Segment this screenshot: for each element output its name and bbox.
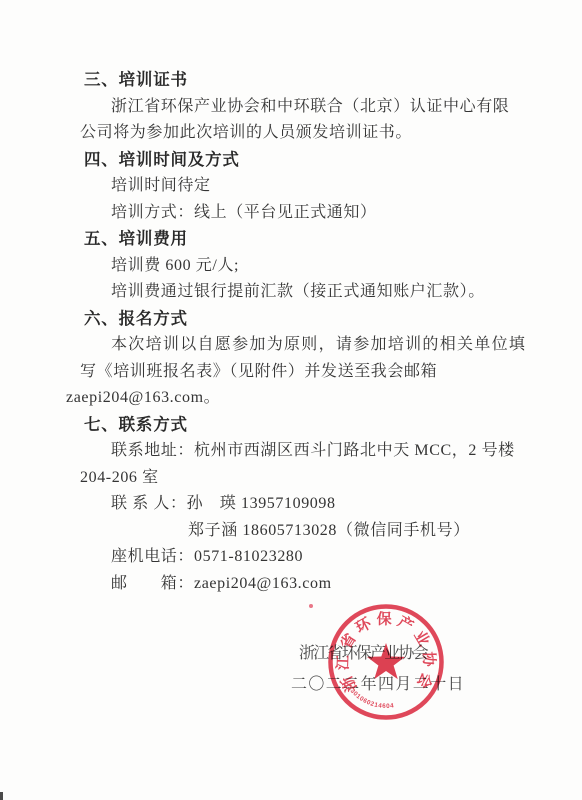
- contact-person-line: 联 系 人：孙 瑛 13957109098: [0, 491, 582, 518]
- body-line: 培训费通过银行提前汇款（接正式通知账户汇款）。: [0, 279, 582, 306]
- section-heading-registration: 六、报名方式: [0, 306, 582, 333]
- official-seal-stamp: 浙江省环保产业协会 3301060214604: [311, 587, 461, 737]
- body-line: 培训时间待定: [0, 173, 582, 200]
- body-line: 本次培训以自愿参加为原则，请参加培训的相关单位填: [0, 332, 582, 359]
- body-line: 培训方式：线上（平台见正式通知）: [0, 200, 582, 227]
- document-body: 三、培训证书 浙江省环保产业协会和中环联合（北京）认证中心有限 公司将为参加此次…: [0, 67, 582, 597]
- ink-speck: [309, 604, 313, 608]
- section-heading-time-method: 四、培训时间及方式: [0, 147, 582, 174]
- body-line: 写《培训班报名表》（见附件）并发送至我会邮箱: [0, 359, 582, 386]
- scan-artifact: [0, 792, 3, 800]
- contact-person-line: 郑子涵 18605713028（微信同手机号）: [0, 518, 582, 545]
- body-line: 培训费 600 元/人;: [0, 253, 582, 280]
- contact-phone-line: 座机电话：0571-81023280: [0, 544, 582, 571]
- body-line: 浙江省环保产业协会和中环联合（北京）认证中心有限: [0, 94, 582, 121]
- email-address-line: zaepi204@163.com。: [0, 385, 582, 412]
- contact-address-line: 联系地址：杭州市西湖区西斗门路北中天 MCC，2 号楼: [0, 438, 582, 465]
- section-heading-certificate: 三、培训证书: [0, 67, 582, 94]
- section-heading-contact: 七、联系方式: [0, 412, 582, 439]
- scanned-document-page: 三、培训证书 浙江省环保产业协会和中环联合（北京）认证中心有限 公司将为参加此次…: [0, 0, 582, 800]
- body-line: 公司将为参加此次培训的人员颁发培训证书。: [0, 120, 582, 147]
- star-icon: [367, 643, 405, 679]
- section-heading-fee: 五、培训费用: [0, 226, 582, 253]
- contact-email-line: 邮 箱：zaepi204@163.com: [0, 571, 582, 598]
- contact-address-line: 204-206 室: [0, 465, 582, 492]
